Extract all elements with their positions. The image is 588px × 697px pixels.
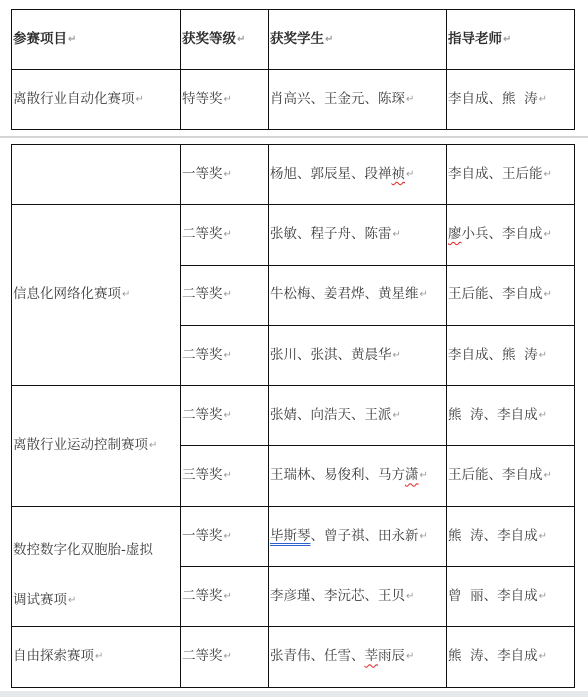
paragraph-mark-icon: ↵ (420, 470, 428, 481)
table-row: 一等奖↵ 杨旭、郭辰星、段禅祯↵ 李自成、王后能↵ (12, 145, 575, 205)
paragraph-mark-icon: ↵ (406, 169, 414, 180)
cell-teachers[interactable]: 廖小兵、李自成↵ (447, 205, 575, 265)
spelling-error-mark[interactable]: 潇 (405, 467, 419, 483)
paragraph-mark-icon: ↵ (393, 350, 401, 361)
table-row: 自由探索赛项↵ 二等奖↵ 张青伟、任雪、莘雨辰↵ 熊 涛、李自成↵ (12, 627, 575, 687)
paragraph-mark-icon: ↵ (544, 169, 552, 180)
cell-teachers[interactable]: 熊 涛、李自成↵ (447, 627, 575, 687)
cell-level[interactable]: 二等奖↵ (181, 567, 269, 627)
awards-table-bottom: 一等奖↵ 杨旭、郭辰星、段禅祯↵ 李自成、王后能↵ 信息化网络化赛项↵ 二等奖↵… (11, 144, 575, 688)
cell-level[interactable]: 一等奖↵ (181, 145, 269, 205)
table-row: 信息化网络化赛项↵ 二等奖↵ 张敏、程子舟、陈雷↵ 廖小兵、李自成↵ (12, 205, 575, 265)
paragraph-mark-icon: ↵ (224, 94, 232, 105)
cell-project[interactable]: 离散行业自动化赛项↵ (12, 70, 181, 130)
cell-students[interactable]: 王瑞林、易俊利、马方潇↵ (269, 446, 447, 506)
cell-students[interactable]: 毕斯琴、曾子祺、田永新↵ (269, 506, 447, 566)
paragraph-mark-icon: ↵ (224, 169, 232, 180)
paragraph-mark-icon: ↵ (68, 34, 76, 45)
cell-teachers[interactable]: 李自成、熊 涛↵ (447, 325, 575, 385)
cell-teachers[interactable]: 熊 涛、李自成↵ (447, 386, 575, 446)
cell-level[interactable]: 二等奖↵ (181, 205, 269, 265)
paragraph-mark-icon: ↵ (539, 531, 547, 542)
paragraph-mark-icon: ↵ (237, 34, 245, 45)
paragraph-mark-icon: ↵ (544, 289, 552, 300)
awards-table-top: 参赛项目↵ 获奖等级↵ 获奖学生↵ 指导老师↵ 离散行业自动化赛项↵ 特等奖↵ … (11, 9, 575, 130)
paragraph-mark-icon: ↵ (544, 470, 552, 481)
header-teachers[interactable]: 指导老师↵ (447, 10, 575, 70)
cell-level[interactable]: 二等奖↵ (181, 627, 269, 687)
cell-level[interactable]: 二等奖↵ (181, 386, 269, 446)
cell-teachers[interactable]: 李自成、王后能↵ (447, 145, 575, 205)
paragraph-mark-icon: ↵ (420, 531, 428, 542)
cell-students[interactable]: 张敏、程子舟、陈雷↵ (269, 205, 447, 265)
cell-students[interactable]: 李彦瑾、李沅芯、王贝↵ (269, 567, 447, 627)
table-header-row: 参赛项目↵ 获奖等级↵ 获奖学生↵ 指导老师↵ (12, 10, 575, 70)
cell-teachers[interactable]: 曾 丽、李自成↵ (447, 567, 575, 627)
paragraph-mark-icon: ↵ (539, 651, 547, 662)
paragraph-mark-icon: ↵ (149, 440, 157, 451)
cell-teachers[interactable]: 王后能、李自成↵ (447, 446, 575, 506)
paragraph-mark-icon: ↵ (224, 470, 232, 481)
paragraph-mark-icon: ↵ (224, 350, 232, 361)
paragraph-mark-icon: ↵ (539, 591, 547, 602)
table-row: 数控数字化双胞胎-虚拟调试赛项↵ 一等奖↵ 毕斯琴、曾子祺、田永新↵ 熊 涛、李… (12, 506, 575, 566)
cell-level[interactable]: 特等奖↵ (181, 70, 269, 130)
spelling-error-mark[interactable]: 莘 (365, 648, 379, 664)
cell-students[interactable]: 杨旭、郭辰星、段禅祯↵ (269, 145, 447, 205)
cell-teachers[interactable]: 王后能、李自成↵ (447, 265, 575, 325)
cell-teachers[interactable]: 李自成、熊 涛↵ (447, 70, 575, 130)
paragraph-mark-icon: ↵ (224, 531, 232, 542)
cell-students[interactable]: 肖高兴、王金元、陈琛↵ (269, 70, 447, 130)
paragraph-mark-icon: ↵ (224, 410, 232, 421)
header-level[interactable]: 获奖等级↵ (181, 10, 269, 70)
cell-project[interactable]: 数控数字化双胞胎-虚拟调试赛项↵ (12, 506, 181, 627)
paragraph-mark-icon: ↵ (406, 651, 414, 662)
paragraph-mark-icon: ↵ (503, 34, 511, 45)
spelling-error-mark[interactable]: 廖 (448, 226, 462, 242)
document-page: 参赛项目↵ 获奖等级↵ 获奖学生↵ 指导老师↵ 离散行业自动化赛项↵ 特等奖↵ … (0, 0, 588, 697)
cell-project[interactable]: 离散行业运动控制赛项↵ (12, 386, 181, 507)
cell-teachers[interactable]: 熊 涛、李自成↵ (447, 506, 575, 566)
cell-project[interactable]: 信息化网络化赛项↵ (12, 205, 181, 386)
cell-students[interactable]: 张川、张淇、黄晨华↵ (269, 325, 447, 385)
paragraph-mark-icon: ↵ (95, 651, 103, 662)
paragraph-mark-icon: ↵ (393, 410, 401, 421)
paragraph-mark-icon: ↵ (539, 410, 547, 421)
paragraph-mark-icon: ↵ (224, 229, 232, 240)
paragraph-mark-icon: ↵ (224, 289, 232, 300)
cell-students[interactable]: 牛松梅、姜君烨、黄星维↵ (269, 265, 447, 325)
paragraph-mark-icon: ↵ (406, 591, 414, 602)
paragraph-mark-icon: ↵ (539, 350, 547, 361)
paragraph-mark-icon: ↵ (224, 651, 232, 662)
page-bottom-edge (0, 691, 588, 697)
cell-students[interactable]: 张青伟、任雪、莘雨辰↵ (269, 627, 447, 687)
paragraph-mark-icon: ↵ (325, 34, 333, 45)
cell-project-empty[interactable] (12, 145, 181, 205)
paragraph-mark-icon: ↵ (136, 94, 144, 105)
cell-project[interactable]: 自由探索赛项↵ (12, 627, 181, 687)
spelling-error-mark[interactable]: 祯 (392, 166, 406, 182)
table-row: 离散行业运动控制赛项↵ 二等奖↵ 张婧、向浩天、王派↵ 熊 涛、李自成↵ (12, 386, 575, 446)
page-break-separator (0, 136, 588, 138)
cell-level[interactable]: 二等奖↵ (181, 265, 269, 325)
cell-level[interactable]: 一等奖↵ (181, 506, 269, 566)
paragraph-mark-icon: ↵ (539, 94, 547, 105)
paragraph-mark-icon: ↵ (406, 94, 414, 105)
paragraph-mark-icon: ↵ (224, 591, 232, 602)
paragraph-mark-icon: ↵ (544, 229, 552, 240)
grammar-flag-mark[interactable]: 毕斯琴 (270, 528, 311, 544)
paragraph-mark-icon: ↵ (393, 229, 401, 240)
paragraph-mark-icon: ↵ (122, 289, 130, 300)
paragraph-mark-icon: ↵ (68, 595, 76, 606)
cell-students[interactable]: 张婧、向浩天、王派↵ (269, 386, 447, 446)
table-row: 离散行业自动化赛项↵ 特等奖↵ 肖高兴、王金元、陈琛↵ 李自成、熊 涛↵ (12, 70, 575, 130)
cell-level[interactable]: 三等奖↵ (181, 446, 269, 506)
cell-level[interactable]: 二等奖↵ (181, 325, 269, 385)
paragraph-mark-icon: ↵ (420, 289, 428, 300)
header-students[interactable]: 获奖学生↵ (269, 10, 447, 70)
header-project[interactable]: 参赛项目↵ (12, 10, 181, 70)
